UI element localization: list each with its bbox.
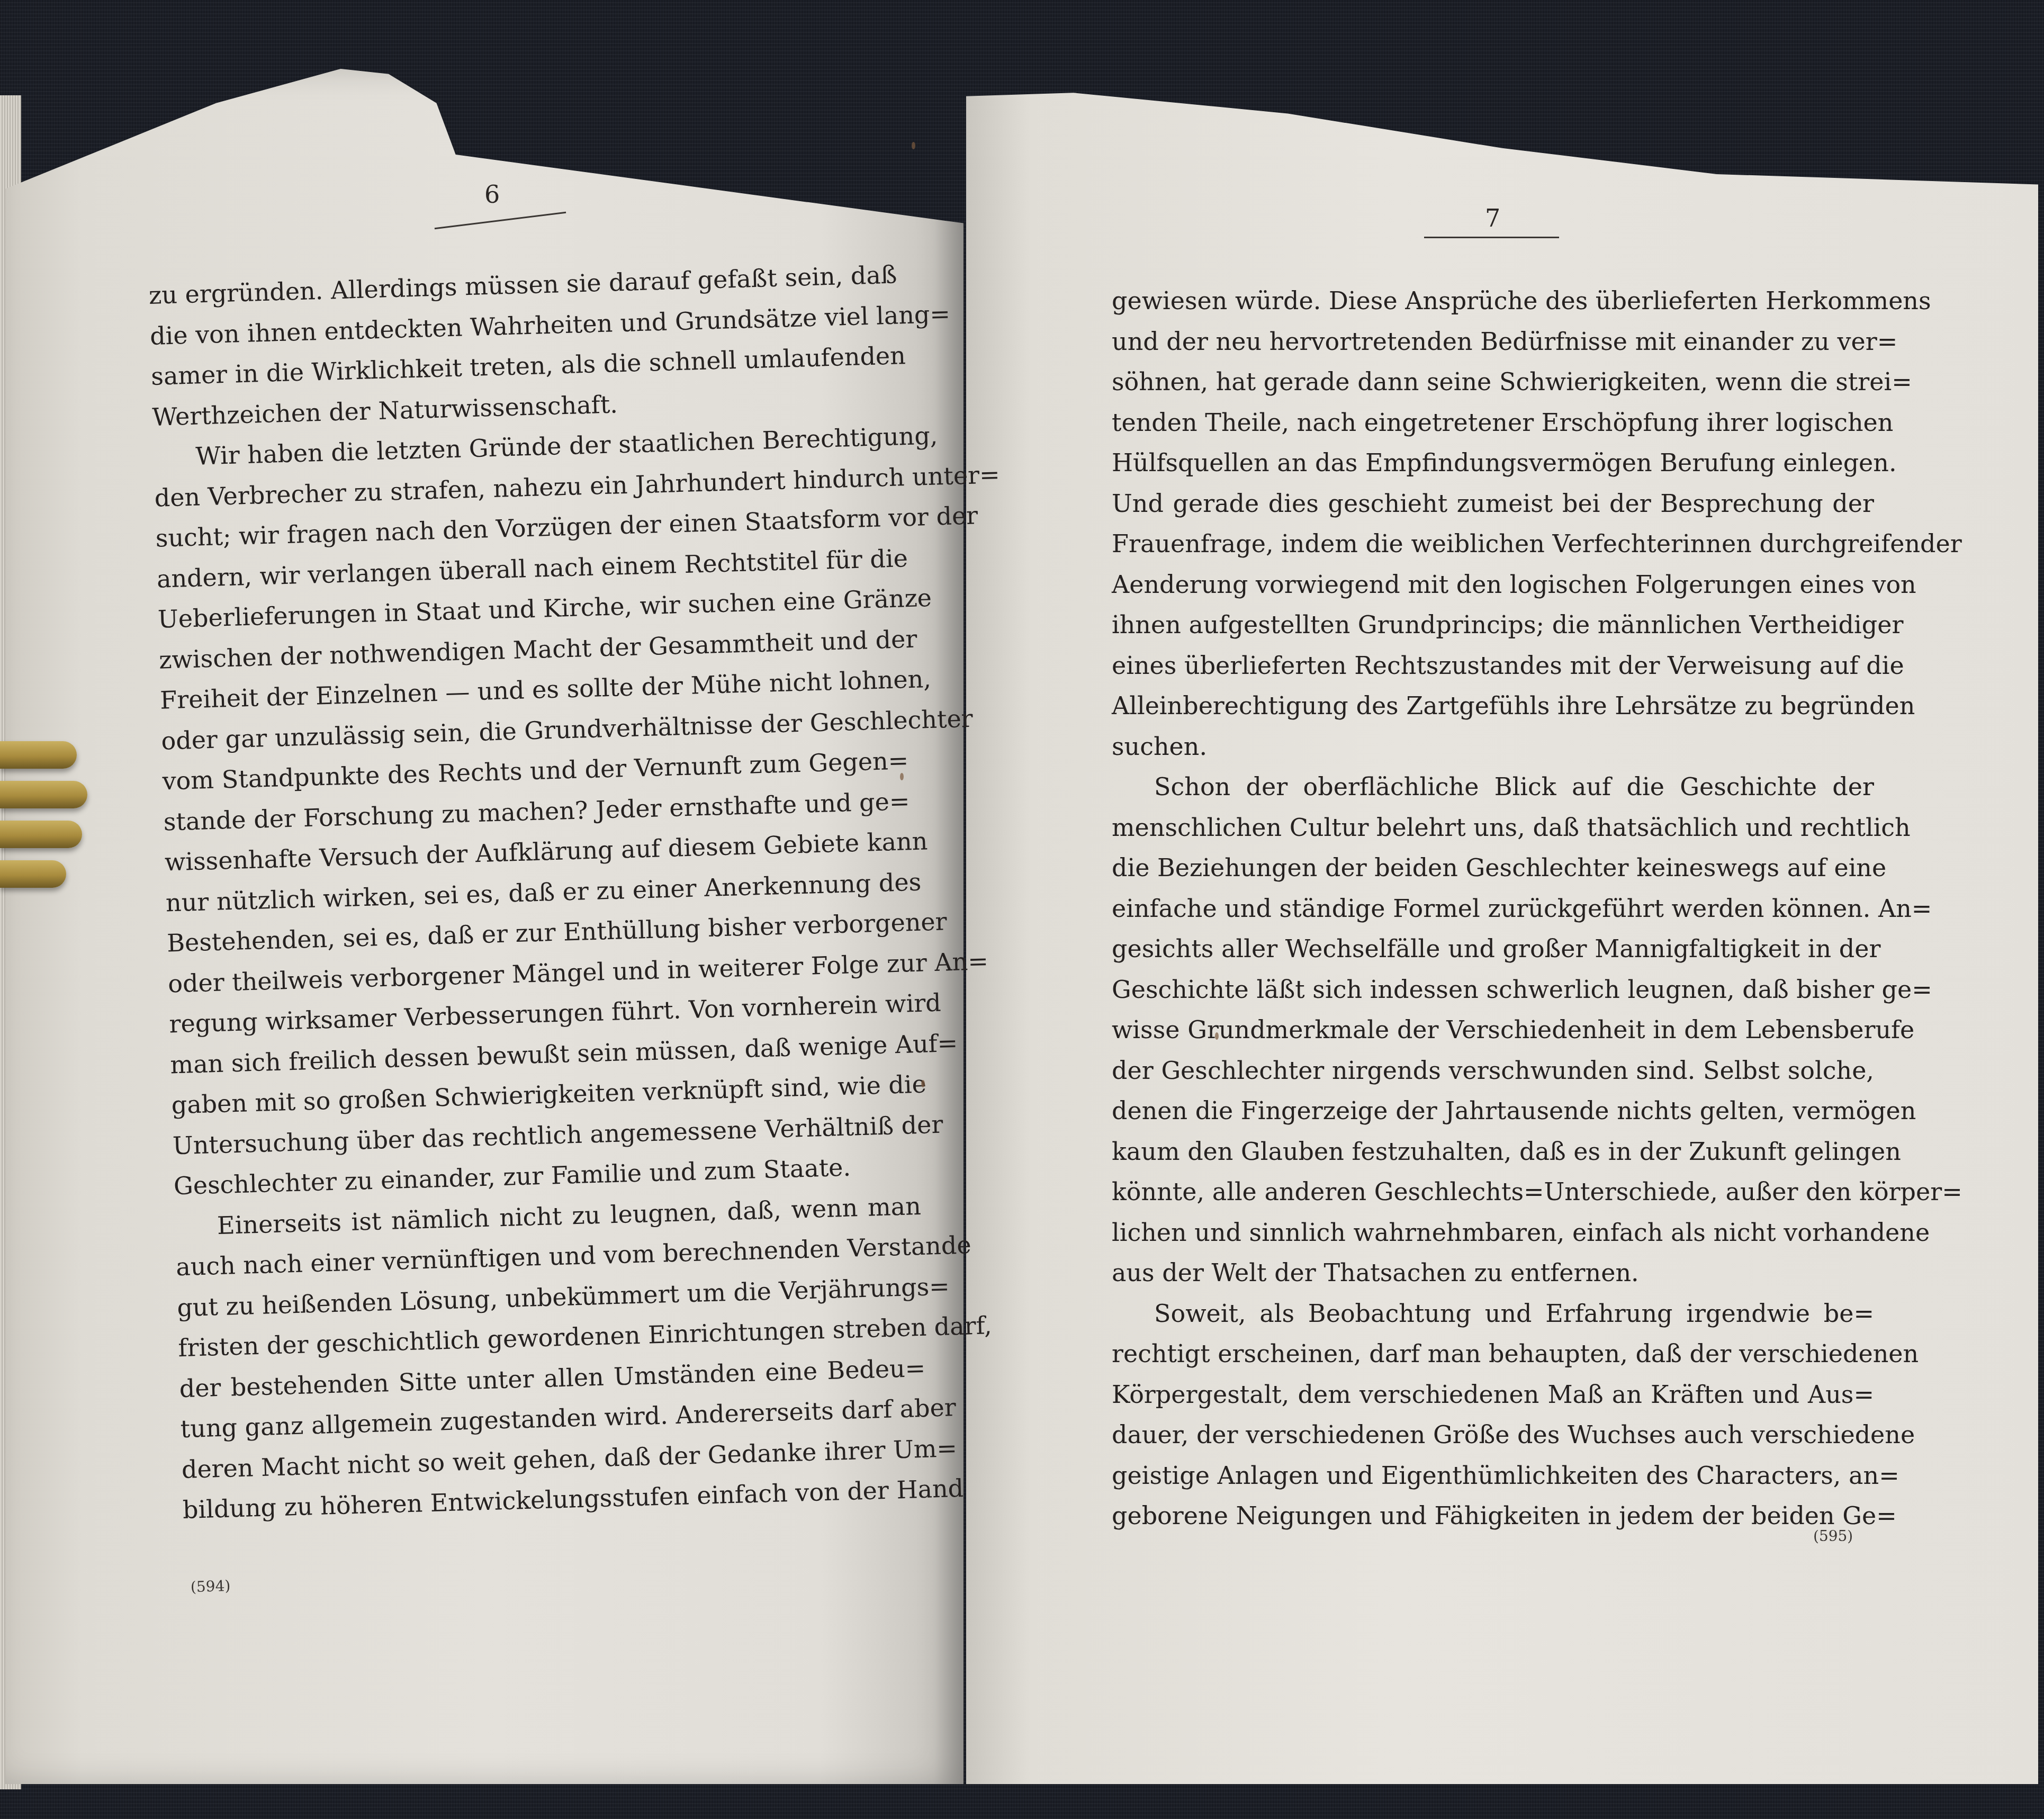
text-line: gewiesen würde. Diese Ansprüche des über… — [1112, 281, 1874, 321]
left-page-number: 6 — [484, 180, 500, 209]
text-line: Frauenfrage, indem die weiblichen Verfec… — [1112, 524, 1874, 564]
foxing-spot — [900, 773, 904, 780]
clip-finger — [0, 781, 87, 808]
clip-finger — [0, 741, 77, 769]
text-line: Schon der oberflächliche Blick auf die G… — [1112, 767, 1874, 807]
text-line: Und gerade dies geschieht zumeist bei de… — [1112, 483, 1874, 524]
text-line: geistige Anlagen und Eigenthümlichkeiten… — [1112, 1455, 1874, 1496]
right-header-rule — [1424, 237, 1559, 238]
text-line: geborene Neigungen und Fähigkeiten in je… — [1112, 1496, 1874, 1536]
text-line: der Geschlechter nirgends verschwunden s… — [1112, 1050, 1874, 1091]
text-line: gesichts aller Wechselfälle und großer M… — [1112, 929, 1874, 969]
text-line: aus der Welt der Thatsachen zu entfernen… — [1112, 1253, 1874, 1293]
foxing-spot — [912, 142, 915, 149]
left-page-signature: (594) — [190, 1577, 230, 1596]
text-line: könnte, alle anderen Geschlechts=Untersc… — [1112, 1172, 1874, 1212]
text-line: Hülfsquellen an das Empfindungsvermögen … — [1112, 443, 1874, 483]
left-page-body: zu ergründen. Allerdings müssen sie dara… — [148, 255, 930, 1530]
text-line: Aenderung vorwiegend mit den logischen F… — [1112, 564, 1874, 605]
text-line: kaum den Glauben festzuhalten, daß es in… — [1112, 1131, 1874, 1172]
brass-page-clip — [0, 736, 90, 905]
right-page-body: gewiesen würde. Diese Ansprüche des über… — [1112, 281, 1874, 1536]
text-line: Geschichte läßt sich indessen schwerlich… — [1112, 969, 1874, 1010]
text-line: ihnen aufgestellten Grundprincips; die m… — [1112, 605, 1874, 645]
text-line: und der neu hervortretenden Bedürfnisse … — [1112, 321, 1874, 362]
text-line: eines überlieferten Rechtszustandes mit … — [1112, 645, 1874, 686]
clip-finger — [0, 860, 66, 888]
text-line: lichen und sinnlich wahrnehmbaren, einfa… — [1112, 1212, 1874, 1253]
text-line: wisse Grundmerkmale der Verschiedenheit … — [1112, 1010, 1874, 1050]
text-line: söhnen, hat gerade dann seine Schwierigk… — [1112, 362, 1874, 402]
text-line: dauer, der verschiedenen Größe des Wuchs… — [1112, 1415, 1874, 1455]
foxing-spot — [921, 1080, 925, 1087]
right-page-number: 7 — [1485, 204, 1500, 232]
text-line: einfache und ständige Formel zurückgefüh… — [1112, 888, 1874, 929]
text-line: Alleinberechtigung des Zartgefühls ihre … — [1112, 686, 1874, 726]
text-line: rechtigt erscheinen, darf man behaupten,… — [1112, 1334, 1874, 1374]
text-line: Soweit, als Beobachtung und Erfahrung ir… — [1112, 1293, 1874, 1334]
foxing-spot — [1215, 1032, 1219, 1040]
text-line: suchen. — [1112, 726, 1874, 767]
clip-finger — [0, 821, 82, 848]
text-line: tenden Theile, nach eingetretener Erschö… — [1112, 402, 1874, 443]
text-line: Körpergestalt, dem verschiedenen Maß an … — [1112, 1374, 1874, 1415]
text-line: menschlichen Cultur belehrt uns, daß tha… — [1112, 807, 1874, 848]
text-line: die Beziehungen der beiden Geschlechter … — [1112, 848, 1874, 888]
text-line: denen die Fingerzeige der Jahrtausende n… — [1112, 1091, 1874, 1131]
right-page-signature: (595) — [1813, 1527, 1853, 1545]
